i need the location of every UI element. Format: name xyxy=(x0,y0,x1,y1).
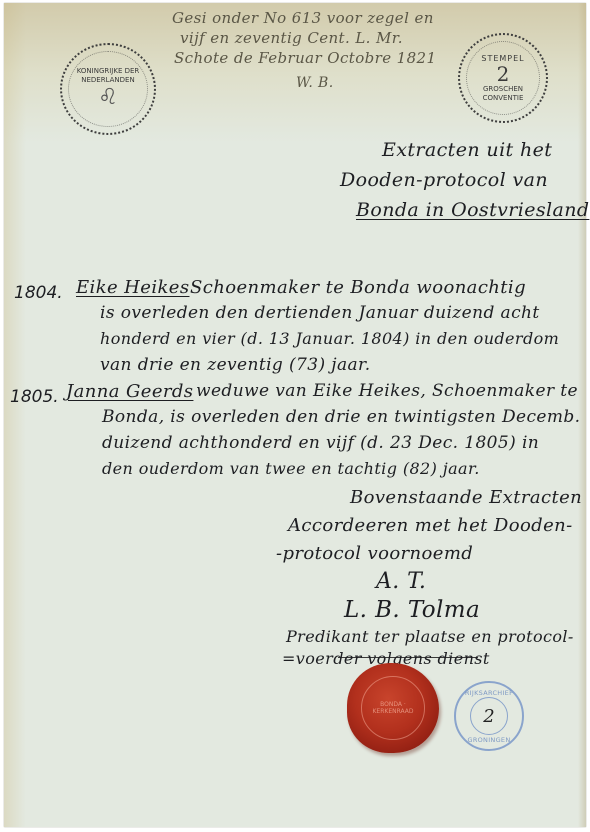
entry-year-1804: 1804. xyxy=(14,283,63,303)
title-line-1: Extracten uit het xyxy=(382,139,552,161)
document-page: KONINGRIJKE DER NEDERLANDEN ♌ Gesi onder… xyxy=(4,3,586,827)
entry-1804-line-1: Schoenmaker te Bonda woonachtig xyxy=(190,277,526,298)
entry-name-janna-geerds: Janna Geerds xyxy=(66,381,193,402)
title-line-3: Bonda in Oostvriesland xyxy=(356,199,589,221)
tax-stamp-line2: CONVENTIE xyxy=(481,94,524,103)
archive-stamp-number: 2 xyxy=(470,697,508,735)
tax-stamp: STEMPEL 2 GROSCHEN CONVENTIE xyxy=(458,33,548,123)
entry-name-eike-heikes: Eike Heikes xyxy=(76,277,189,298)
entry-1804-line-4: van drie en zeventig (73) jaar. xyxy=(100,355,371,375)
tax-stamp-value: 2 xyxy=(481,63,524,85)
entry-1805-line-2: Bonda, is overleden den drie en twintigs… xyxy=(102,407,580,427)
tax-stamp-ring-text: STEMPEL xyxy=(481,54,524,63)
entry-1804-line-3: honderd en vier (d. 13 Januar. 1804) in … xyxy=(100,329,559,348)
header-note-line-1: Gesi onder No 613 voor zegel en xyxy=(172,9,434,27)
role-line-1: Predikant ter plaatse en protocol- xyxy=(286,627,574,646)
archive-stamp-bottom-text: GRONINGEN xyxy=(456,736,522,744)
header-note-line-2: vijf en zeventig Cent. L. Mr. xyxy=(180,29,403,47)
lion-emblem-icon: ♌ xyxy=(73,85,143,111)
entry-year-1805: 1805. xyxy=(10,387,59,407)
title-line-2: Dooden-protocol van xyxy=(340,169,548,191)
certification-line-3: -protocol voornoemd xyxy=(276,543,473,564)
header-note-initials: W. B. xyxy=(296,75,334,91)
certification-line-1: Bovenstaande Extracten xyxy=(350,487,582,508)
red-wax-seal: BONDA · KERKENRAAD xyxy=(347,663,439,753)
tax-stamp-line1: GROSCHEN xyxy=(481,85,524,94)
entry-1805-line-4: den ouderdom van twee en tachtig (82) ja… xyxy=(102,459,480,478)
wax-seal-ring-text: BONDA · KERKENRAAD xyxy=(368,701,418,715)
archive-stamp-top-text: RIJKSARCHIEF xyxy=(456,689,522,697)
rijksarchief-stamp: RIJKSARCHIEF 2 GRONINGEN xyxy=(454,681,524,751)
royal-stamp: KONINGRIJKE DER NEDERLANDEN ♌ xyxy=(60,43,156,135)
header-note-line-3: Schote de Februar Octobre 1821 xyxy=(174,49,436,67)
entry-1804-line-2: is overleden den dertienden Januar duize… xyxy=(100,303,540,323)
signature-name: L. B. Tolma xyxy=(344,597,480,623)
wax-seal-emblem-icon: BONDA · KERKENRAAD xyxy=(361,676,425,740)
entry-1805-line-1: weduwe van Eike Heikes, Schoenmaker te xyxy=(196,381,578,401)
certification-initials: A. T. xyxy=(376,569,426,594)
royal-stamp-ring-text: KONINGRIJKE DER NEDERLANDEN xyxy=(73,67,143,85)
certification-line-2: Accordeeren met het Dooden- xyxy=(288,515,573,536)
entry-1805-line-3: duizend achthonderd en vijf (d. 23 Dec. … xyxy=(102,433,539,453)
